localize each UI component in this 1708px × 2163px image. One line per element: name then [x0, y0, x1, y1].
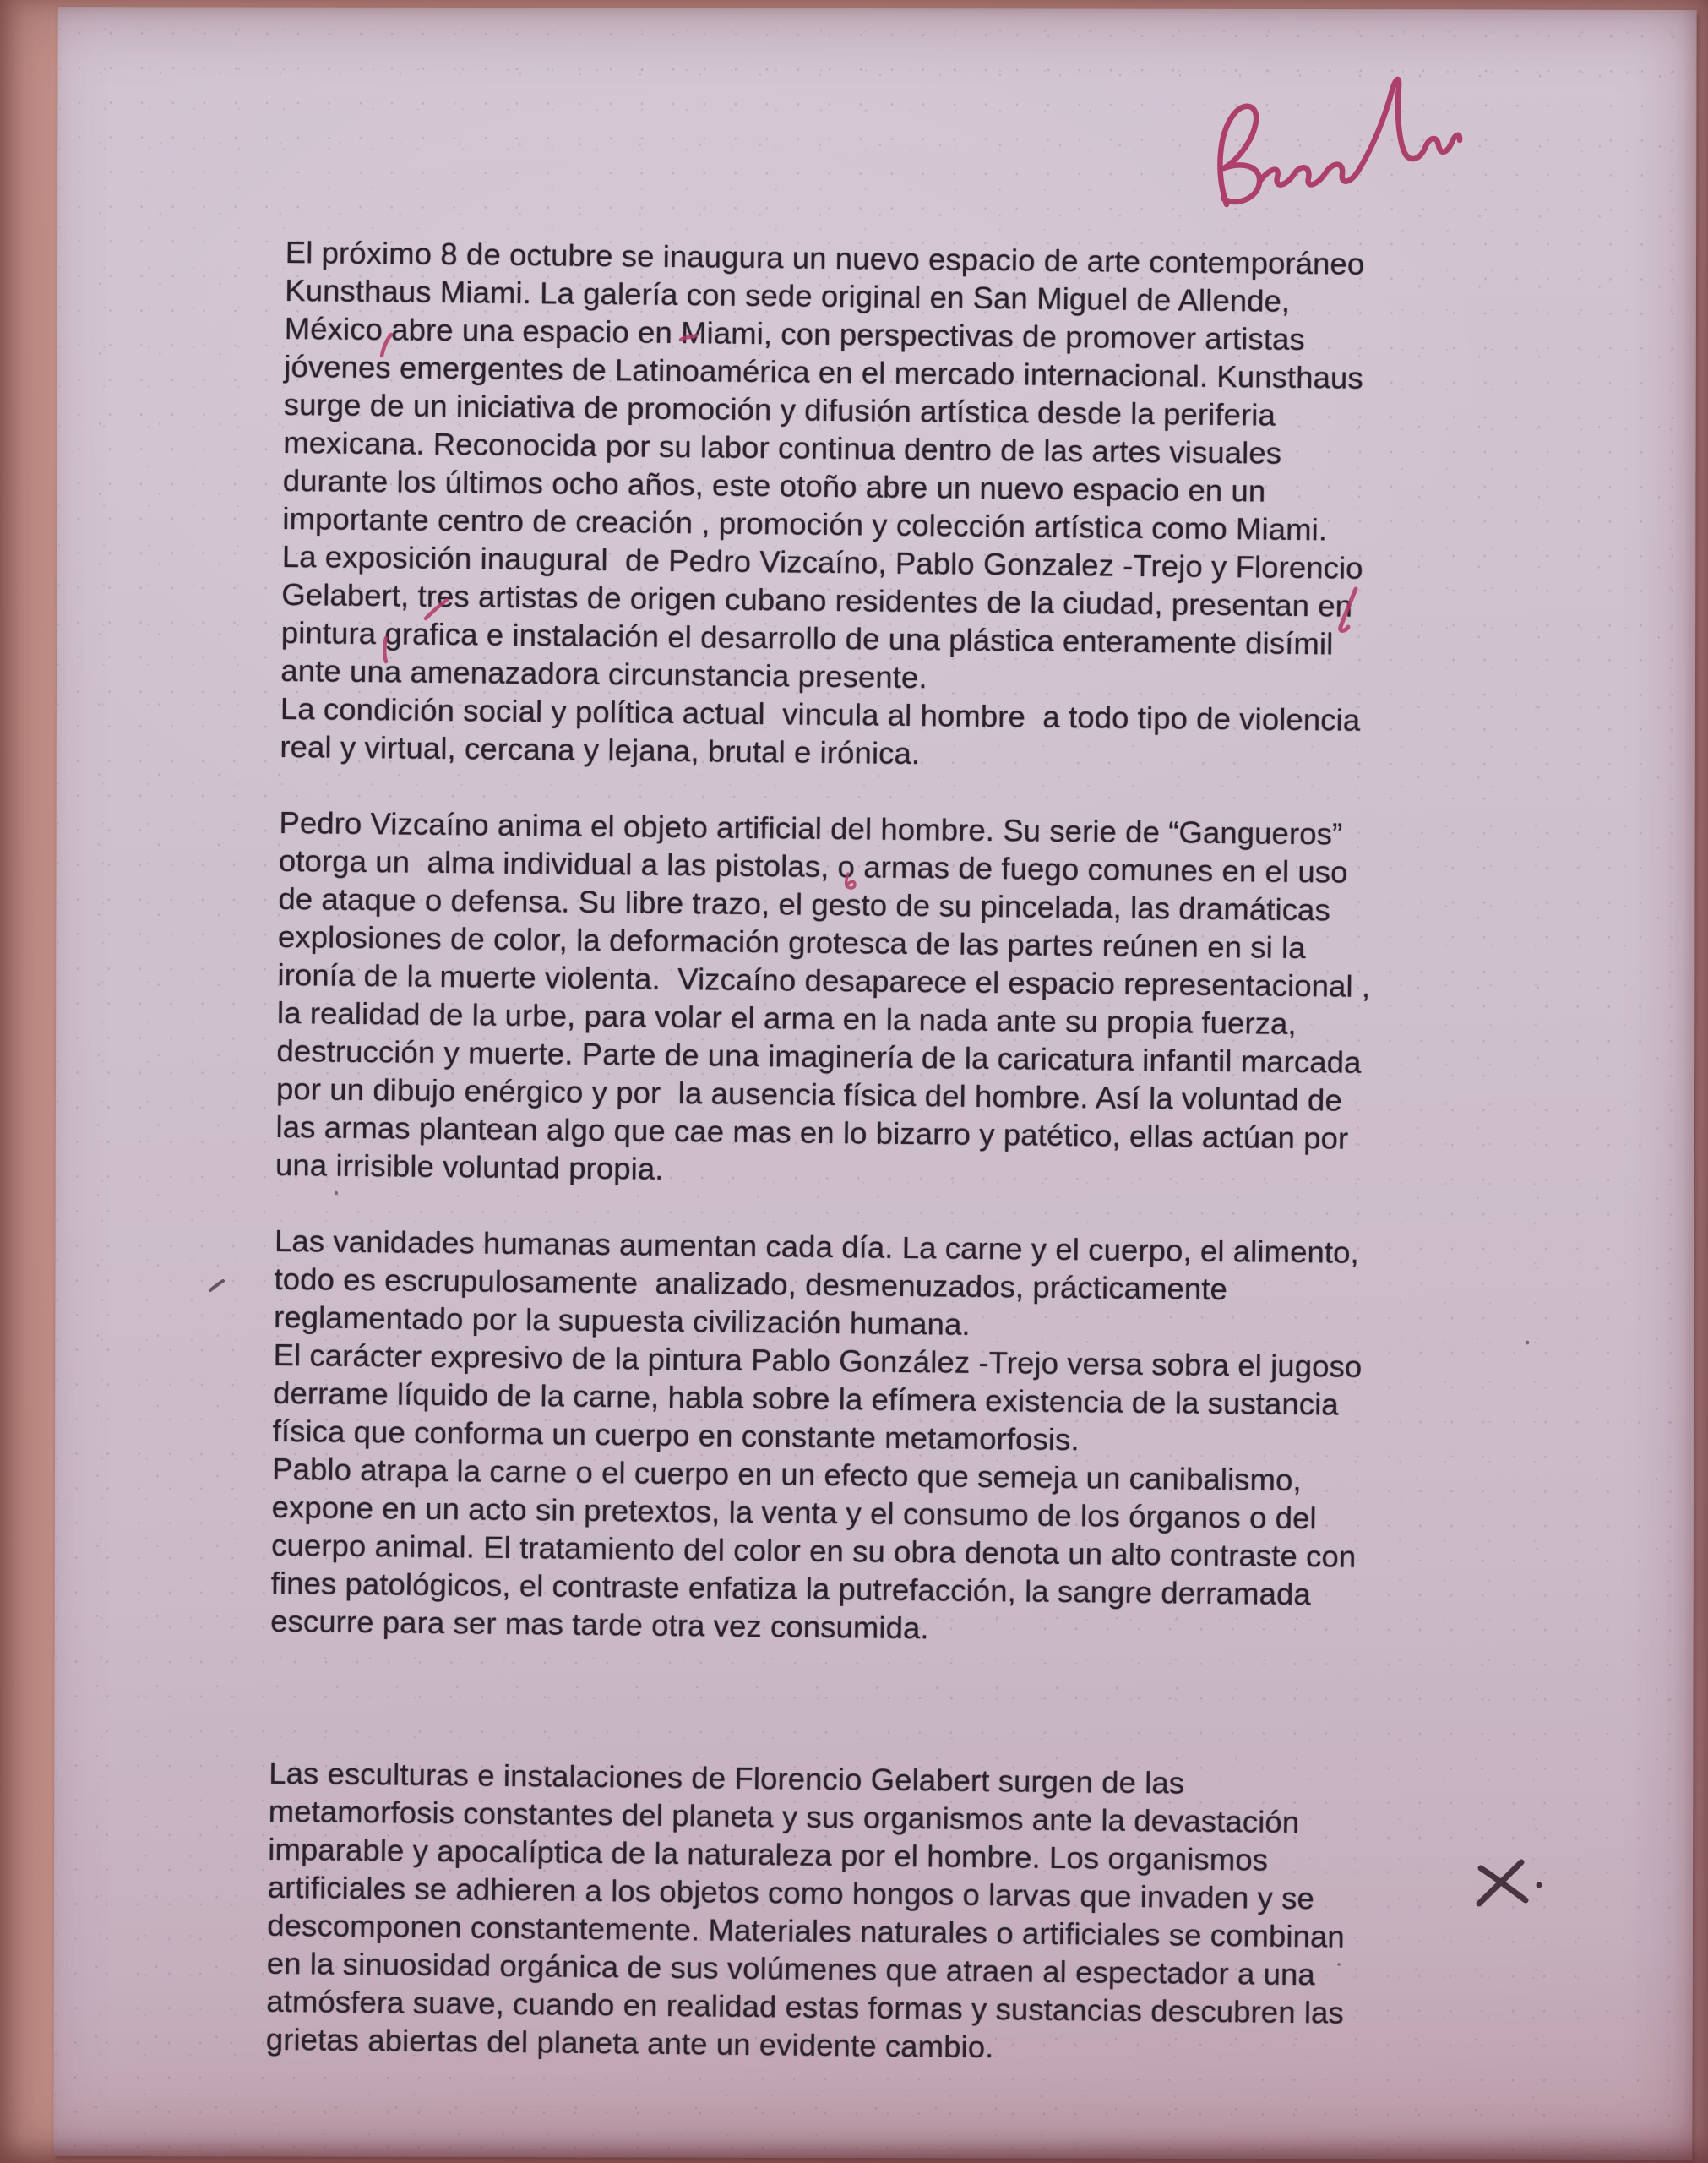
paragraph-vizcaino: Pedro Vizcaíno anima el objeto artificia… — [275, 804, 1462, 1196]
paragraph-intro: El próximo 8 de octubre se inaugura un n… — [280, 233, 1468, 778]
paragraph-gonzalez-trejo: Las vanidades humanas aumentan cada día.… — [270, 1222, 1457, 1653]
typed-text-block: El próximo 8 de octubre se inaugura un n… — [266, 233, 1468, 2071]
scanned-document-photo: { "page": { "kind": "scanned typed press… — [0, 0, 1708, 2163]
paragraph-gelabert: Las esculturas e instalaciones de Floren… — [266, 1754, 1452, 2071]
